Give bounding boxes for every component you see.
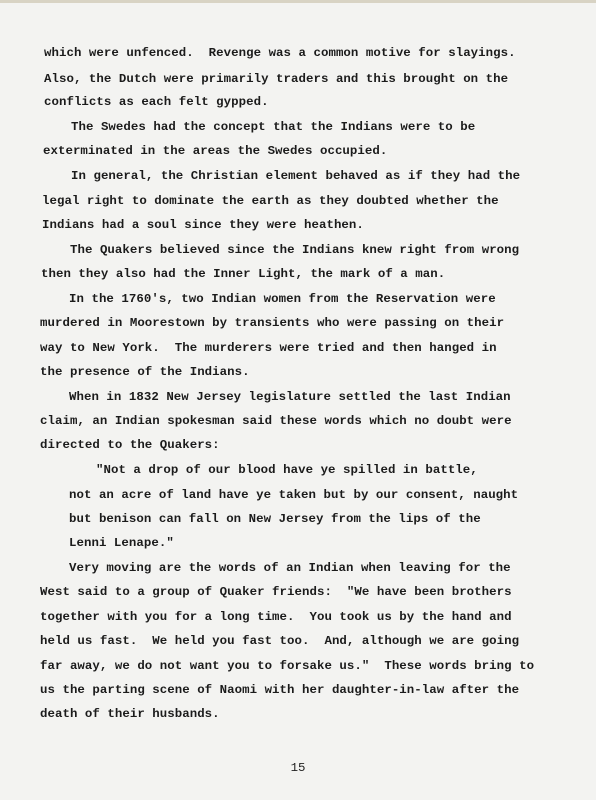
text-line: In general, the Christian element behave… xyxy=(71,169,520,183)
text-line: exterminated in the areas the Swedes occ… xyxy=(43,144,387,158)
text-line: Indians had a soul since they were heath… xyxy=(42,218,364,232)
text-line: way to New York. The murderers were trie… xyxy=(40,341,497,355)
text-line: The Quakers believed since the Indians k… xyxy=(70,243,519,257)
page-number: 15 xyxy=(0,761,596,775)
text-line: The Swedes had the concept that the Indi… xyxy=(71,120,475,134)
text-line: conflicts as each felt gypped. xyxy=(44,95,269,109)
text-line: Very moving are the words of an Indian w… xyxy=(69,561,511,575)
document-page: which were unfenced. Revenge was a commo… xyxy=(0,0,596,800)
text-line: Lenni Lenape." xyxy=(69,536,174,550)
text-line: death of their husbands. xyxy=(40,707,220,721)
text-line: When in 1832 New Jersey legislature sett… xyxy=(69,390,511,404)
text-line: claim, an Indian spokesman said these wo… xyxy=(40,414,512,428)
text-line: together with you for a long time. You t… xyxy=(40,610,512,624)
text-line: "Not a drop of our blood have ye spilled… xyxy=(96,463,478,477)
text-line: directed to the Quakers: xyxy=(40,438,220,452)
text-line: far away, we do not want you to forsake … xyxy=(40,659,534,673)
text-line: the presence of the Indians. xyxy=(40,365,250,379)
text-line: held us fast. We held you fast too. And,… xyxy=(40,634,519,648)
text-line: In the 1760's, two Indian women from the… xyxy=(69,292,496,306)
text-line: us the parting scene of Naomi with her d… xyxy=(40,683,519,697)
text-line: Also, the Dutch were primarily traders a… xyxy=(44,72,508,86)
text-line: then they also had the Inner Light, the … xyxy=(41,267,445,281)
text-line: West said to a group of Quaker friends: … xyxy=(40,585,512,599)
text-line: murdered in Moorestown by transients who… xyxy=(40,316,504,330)
text-line: not an acre of land have ye taken but by… xyxy=(69,488,518,502)
text-line: legal right to dominate the earth as the… xyxy=(42,194,499,208)
text-line: but benison can fall on New Jersey from … xyxy=(69,512,481,526)
text-line: which were unfenced. Revenge was a commo… xyxy=(44,46,516,60)
